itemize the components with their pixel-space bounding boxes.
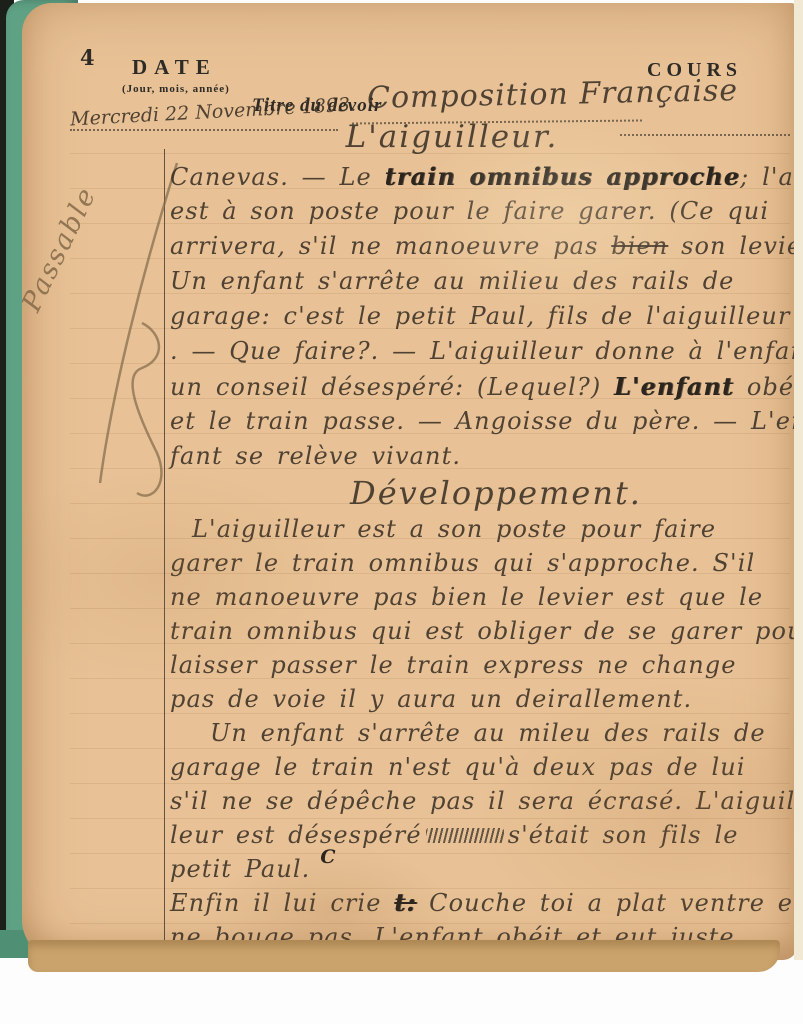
dev-line: L'aiguilleur est a son poste pour faire (170, 512, 797, 546)
date-label: DATE (132, 55, 217, 80)
canevas-line: un conseil désespéré: (Lequel?) L'enfant… (170, 369, 797, 404)
dev-line: laisser passer le train express ne chang… (170, 648, 797, 682)
essay-body: Canevas. — Le train omnibus approche; l'… (170, 159, 797, 954)
dev-line: Enfin il lui crie t: Couche toi a plat v… (170, 886, 797, 920)
developpement-section: L'aiguilleur est a son poste pour faire … (170, 512, 797, 954)
dev-line: train omnibus qui est obliger de se gare… (170, 614, 797, 648)
dev-line: Un enfant s'arrête au mileu des rails de (170, 716, 797, 750)
notebook-page-scan: 4 DATE (Jour, mois, année) COURS Titre d… (0, 0, 803, 1024)
margin-vertical-rule (164, 149, 165, 949)
struck-word: bien (611, 232, 668, 260)
canevas-section: Canevas. — Le train omnibus approche; l'… (170, 159, 797, 474)
canevas-line: Canevas. — Le train omnibus approche; l'… (170, 159, 797, 194)
canevas-line: garage: c'est le petit Paul, fils de l'a… (170, 299, 797, 334)
page-bottom-edge (28, 940, 780, 972)
dev-line: ne manoeuvre pas bien le levier est que … (170, 580, 797, 614)
canevas-line: Un enfant s'arrête au milieu des rails d… (170, 264, 797, 299)
dev-line: pas de voie il y aura un deirallement. (170, 682, 797, 716)
canevas-line: et le train passe. — Angoisse du père. —… (170, 404, 797, 439)
canevas-line: . — Que faire?. — L'aiguilleur donne à l… (170, 334, 797, 369)
overwritten-struck-letter: t: (394, 888, 416, 917)
paper-page: 4 DATE (Jour, mois, année) COURS Titre d… (22, 3, 797, 960)
essay-title: L'aiguilleur. (172, 119, 732, 155)
dev-line: s'il ne se dépêche pas il sera écrasé. L… (170, 784, 797, 818)
developpement-heading: Développement. (170, 474, 797, 512)
canevas-line: fant se relève vivant. (170, 439, 797, 474)
scan-right-edge (794, 0, 803, 960)
date-sublabel: (Jour, mois, année) (122, 83, 230, 95)
canevas-line: arrivera, s'il ne manoeuvre pas bien son… (170, 229, 797, 264)
dev-line: garage le train n'est qu'à deux pas de l… (170, 750, 797, 784)
inserted-correction-letter: C (320, 846, 336, 868)
overwritten-words: train omnibus approche (385, 162, 741, 191)
margin-grade-note: Passable (22, 182, 103, 317)
page-number: 4 (80, 45, 95, 70)
dev-line: petit Paul.C (170, 852, 797, 886)
canevas-line: est à son poste pour le faire garer. (Ce… (170, 194, 797, 229)
overwritten-words: L'enfant (614, 372, 734, 401)
dev-line: garer le train omnibus qui s'approche. S… (170, 546, 797, 580)
dev-line: leur est désespérés'était son fils le (170, 818, 797, 852)
scribble-overwrite (426, 828, 504, 843)
handwritten-devoir-title: Composition Française (367, 73, 739, 116)
